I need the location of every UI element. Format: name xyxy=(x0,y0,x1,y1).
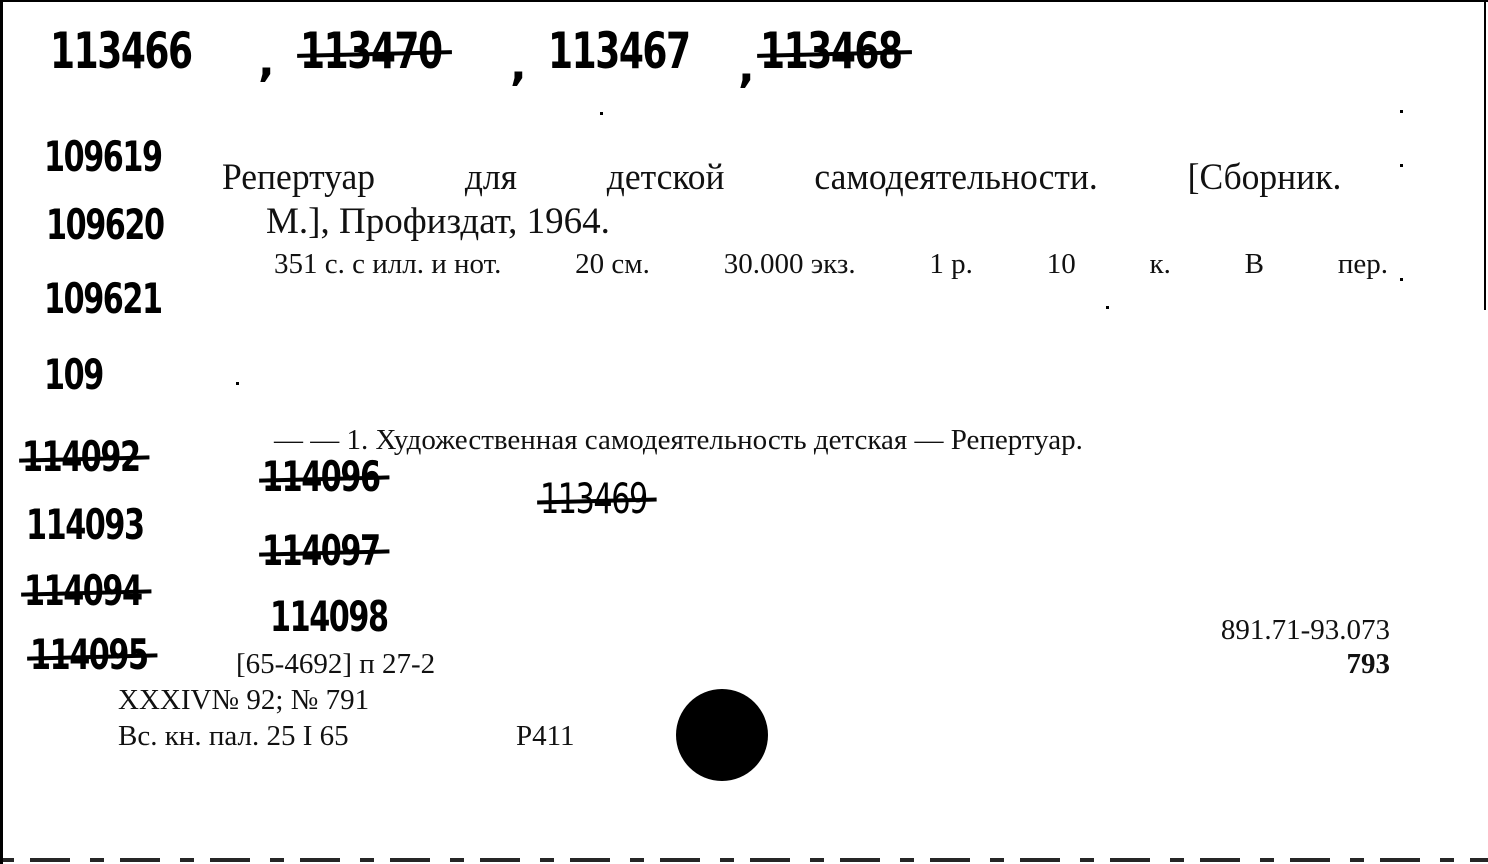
classification-number: 891.71-93.073 xyxy=(1221,614,1390,647)
scan-speck xyxy=(1400,278,1403,281)
price-rubles: 1 р. xyxy=(929,248,973,281)
binding-per: пер. xyxy=(1338,248,1388,281)
inventory-number-top-3: 113467 xyxy=(548,22,690,80)
title-word: детской xyxy=(607,156,725,199)
printer-code: Р411 xyxy=(516,720,575,753)
inventory-number-top-4-struck: 113468 xyxy=(760,22,902,80)
size: 20 см. xyxy=(575,248,650,281)
separator-comma: , xyxy=(258,36,275,87)
inventory-number-left-2: 109620 xyxy=(46,200,164,249)
book-title: Репертуар для детской самодеятельности. … xyxy=(222,156,1341,199)
card-bottom-edge xyxy=(0,858,1488,862)
separator-comma: , xyxy=(738,42,755,93)
title-word: Репертуар xyxy=(222,156,375,199)
card-border-right xyxy=(1484,0,1486,310)
price-kopecks: 10 xyxy=(1047,248,1076,281)
scan-speck xyxy=(236,382,239,385)
inventory-number-left-4: 109 xyxy=(44,350,103,399)
subject-heading: — — 1. Художественная самодеятельность д… xyxy=(274,424,1083,457)
physical-description: 351 с. с илл. и нот. 20 см. 30.000 экз. … xyxy=(274,248,1388,281)
publication-info: М.], Профиздат, 1964. xyxy=(266,200,610,243)
scan-speck xyxy=(1106,306,1109,309)
inventory-number-mid-1-struck: 114096 xyxy=(262,452,380,501)
inventory-number-mid-2-struck: 114097 xyxy=(262,526,380,575)
card-number-line: [65-4692] п 27-2 xyxy=(236,648,435,681)
inventory-number-mid-3: 114098 xyxy=(270,592,388,641)
inventory-number-left-3: 109621 xyxy=(44,274,162,323)
hole-punch xyxy=(676,689,768,781)
inventory-number-left-8-struck: 114095 xyxy=(30,630,148,679)
print-run: 30.000 экз. xyxy=(724,248,856,281)
separator-comma: , xyxy=(510,40,527,91)
scan-speck xyxy=(1400,110,1403,113)
title-word: [Сборник. xyxy=(1188,156,1342,199)
inventory-number-left-5-struck: 114092 xyxy=(22,432,140,481)
inventory-number-left-7-struck: 114094 xyxy=(24,566,142,615)
title-word: для xyxy=(465,156,517,199)
binding-v: В xyxy=(1245,248,1264,281)
pages-illustrations: 351 с. с илл. и нот. xyxy=(274,248,501,281)
card-border-top xyxy=(0,0,1488,2)
price-kopecks-unit: к. xyxy=(1150,248,1171,281)
author-mark: 793 xyxy=(1347,648,1391,681)
inventory-number-left-6: 114093 xyxy=(26,500,144,549)
inventory-number-left-1: 109619 xyxy=(44,132,162,181)
scan-speck xyxy=(1400,164,1403,167)
inventory-number-extra-struck: 113469 xyxy=(540,474,647,523)
scan-speck xyxy=(600,112,603,115)
card-border-left xyxy=(0,0,3,864)
inventory-number-top-1: 113466 xyxy=(50,22,192,80)
catalog-card: 113466 , 113470 , 113467 , 113468 109619… xyxy=(0,0,1488,864)
book-chamber-line: Вс. кн. пал. 25 I 65 xyxy=(118,720,349,753)
inventory-number-top-2-struck: 113470 xyxy=(300,22,442,80)
title-word: самодеятельности. xyxy=(814,156,1097,199)
chronicle-line: XXXIV№ 92; № 791 xyxy=(118,684,369,717)
